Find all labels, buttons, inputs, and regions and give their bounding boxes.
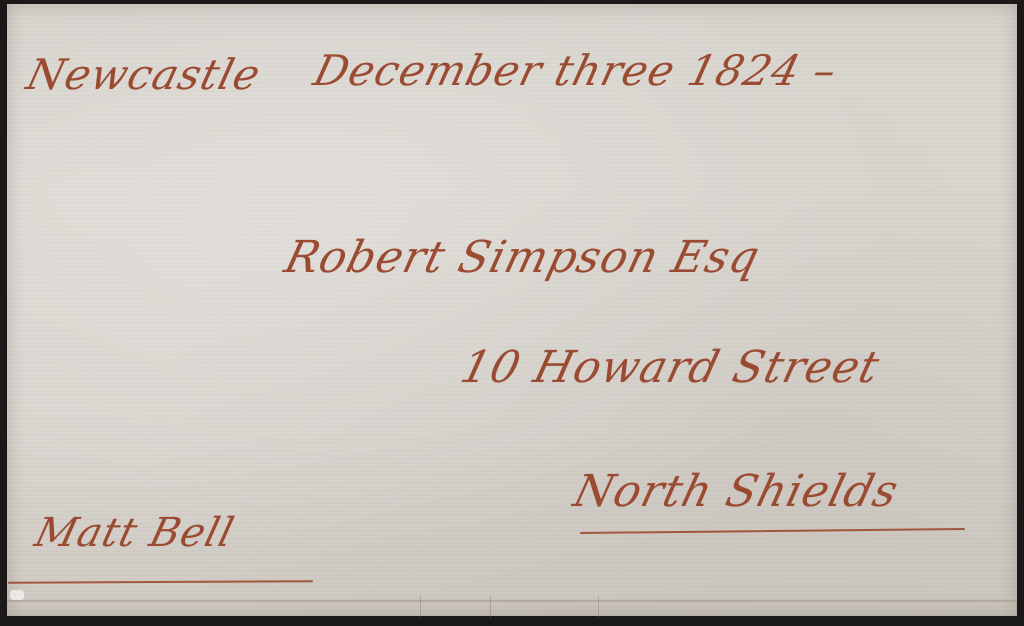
address-town: North Shields bbox=[569, 466, 904, 517]
dateline-place: Newcastle bbox=[22, 50, 266, 99]
fold-crease-mark bbox=[598, 596, 599, 618]
sender-signature: Matt Bell bbox=[30, 510, 239, 556]
addressee-name: Robert Simpson Esq bbox=[280, 232, 766, 283]
dateline-date: December three 1824 – bbox=[309, 46, 842, 95]
bottom-fold-crease bbox=[7, 600, 1017, 602]
scan-background: Newcastle December three 1824 – Robert S… bbox=[0, 0, 1024, 626]
paper-damage-spot bbox=[10, 590, 24, 600]
address-street: 10 Howard Street bbox=[456, 342, 885, 393]
fold-crease-mark bbox=[490, 596, 491, 618]
fold-crease-mark bbox=[420, 596, 421, 618]
